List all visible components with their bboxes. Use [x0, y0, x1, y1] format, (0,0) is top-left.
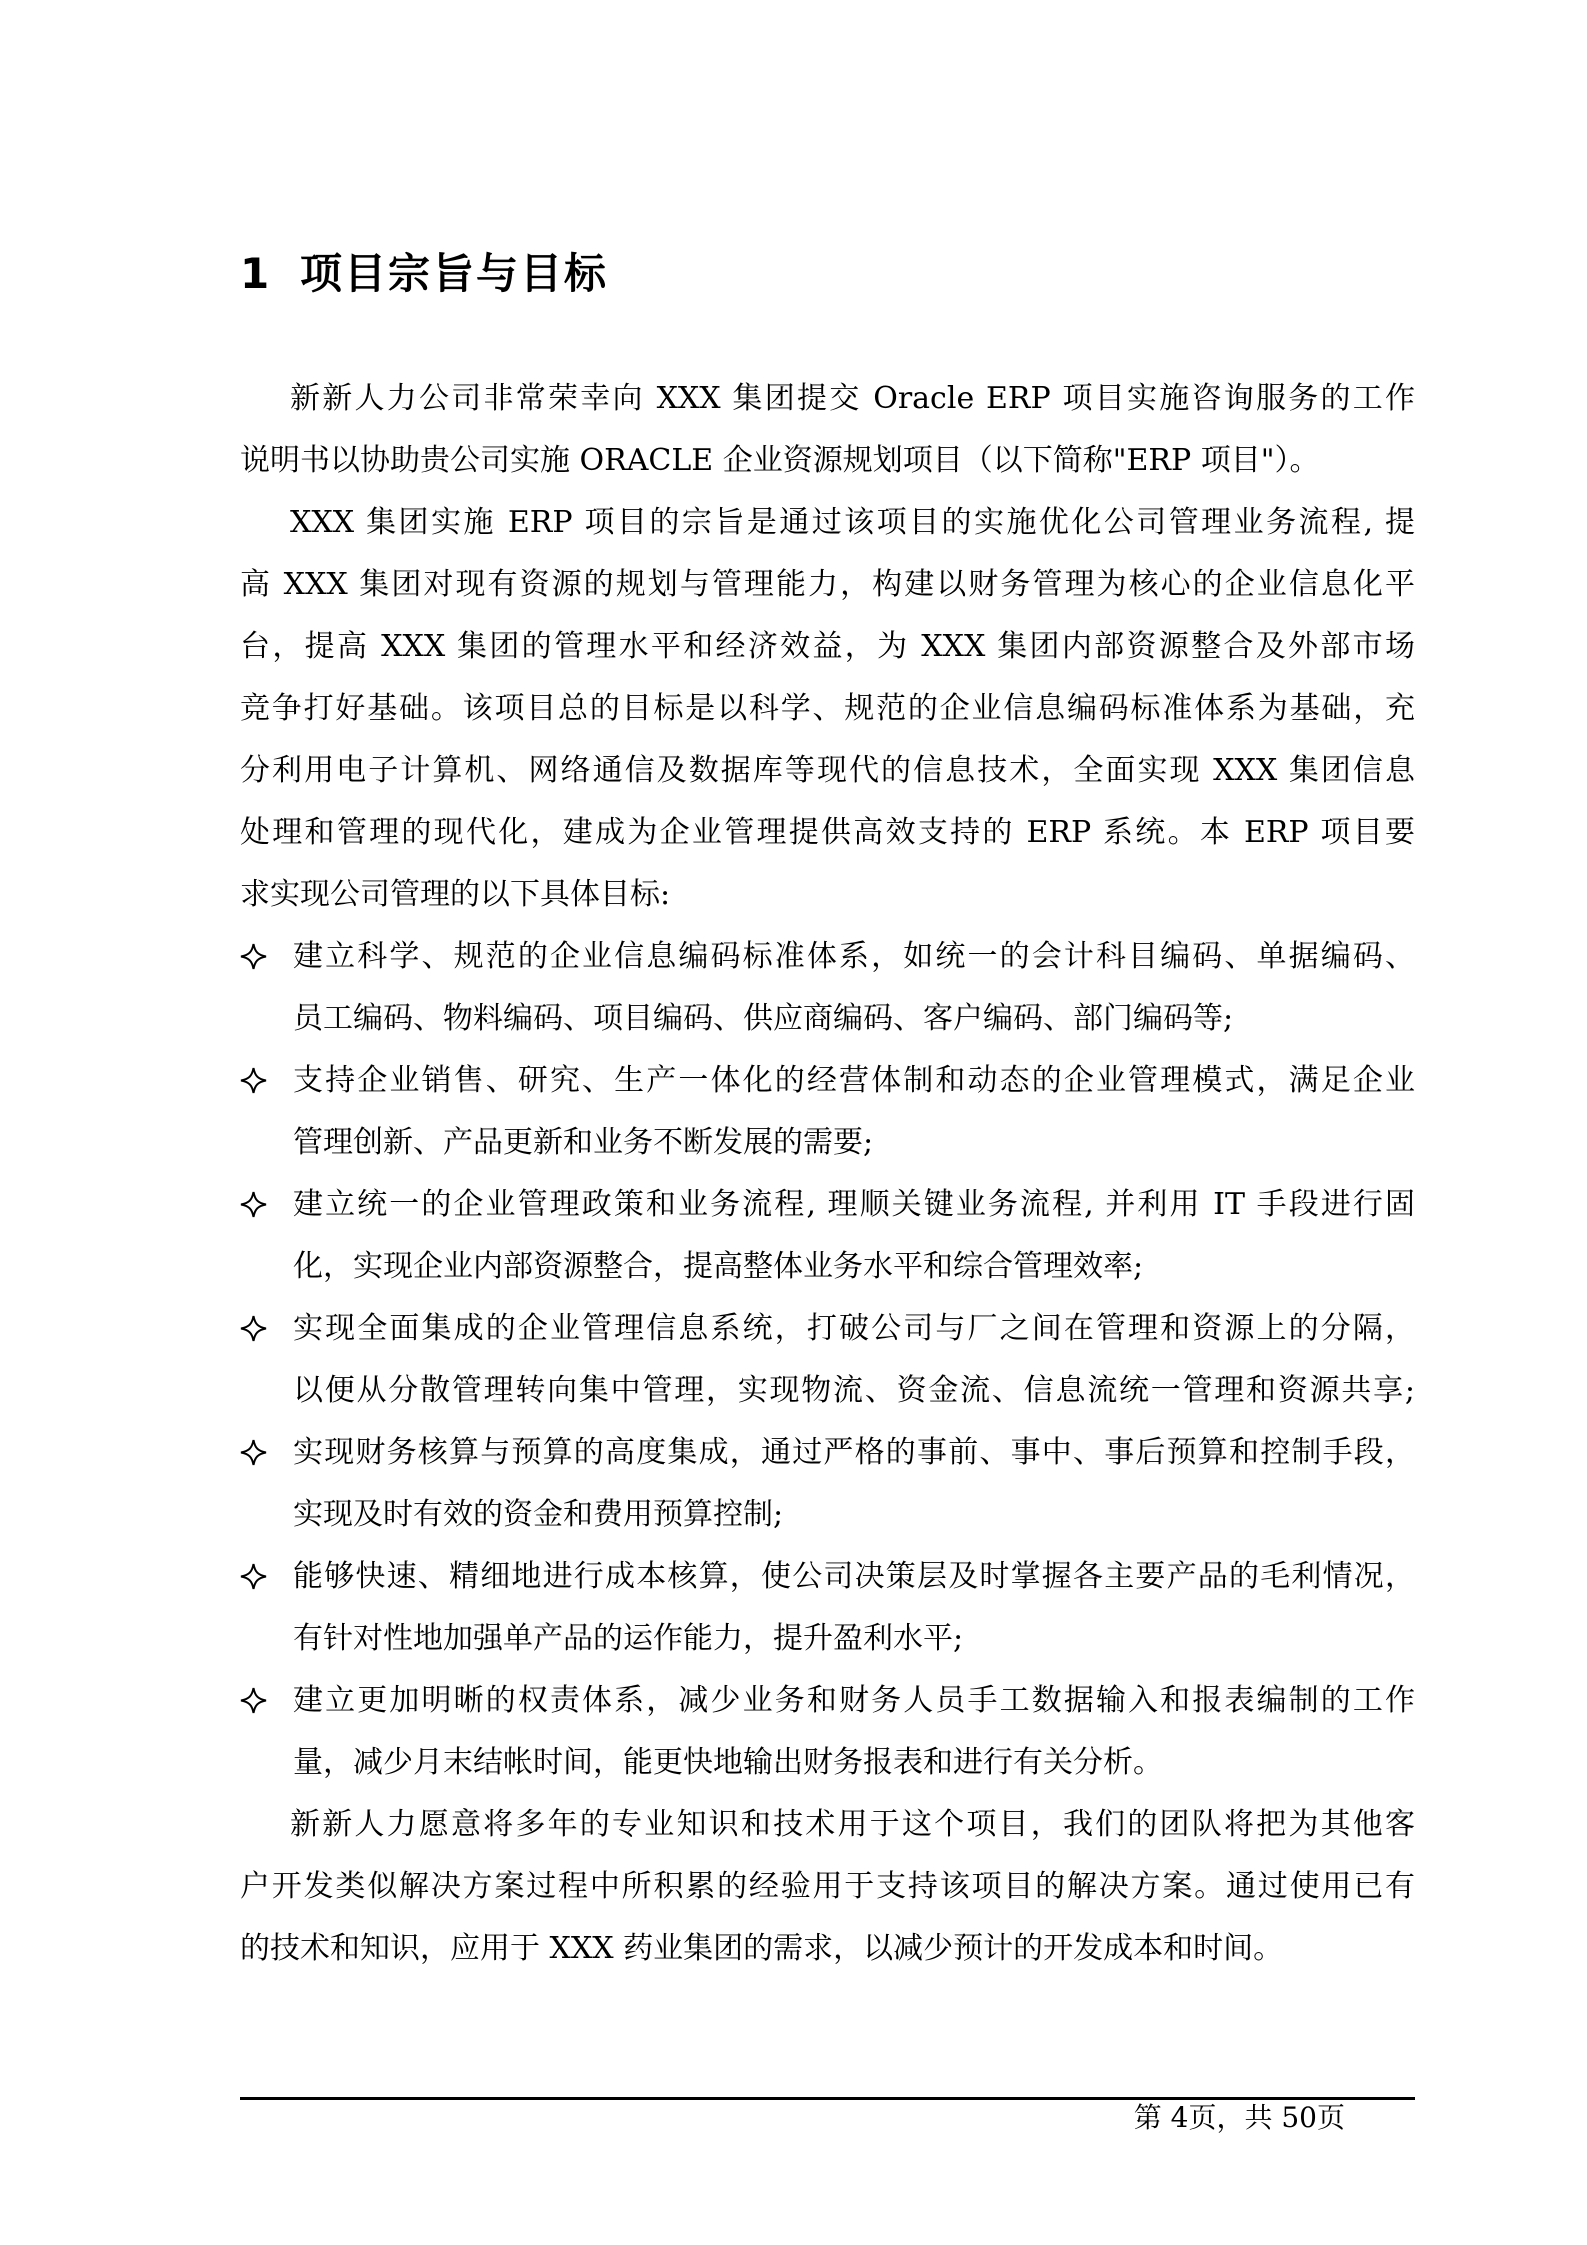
document-page: 1项目宗旨与目标 新新人力公司非常荣幸向 XXX 集团提交 Oracle ERP… — [0, 0, 1587, 2245]
paragraph-line: 竞争打好基础。该项目总的目标是以科学、规范的企业信息编码标准体系为基础，充 — [240, 678, 1415, 740]
diamond-bullet-icon — [240, 926, 293, 988]
bullet-item-line: 实现全面集成的企业管理信息系统，打破公司与厂之间在管理和资源上的分隔， — [240, 1298, 1415, 1360]
bullet-cont-line: 有针对性地加强单产品的运作能力，提升盈利水平; — [240, 1608, 1415, 1670]
bullet-cont-line: 量，减少月末结帐时间，能更快地输出财务报表和进行有关分析。 — [240, 1732, 1415, 1794]
diamond-bullet-icon — [240, 1174, 293, 1236]
section-heading: 1项目宗旨与目标 — [240, 248, 608, 300]
section-title: 项目宗旨与目标 — [300, 249, 608, 298]
bullet-cont-line: 管理创新、产品更新和业务不断发展的需要; — [240, 1112, 1415, 1174]
paragraph-line: 求实现公司管理的以下具体目标: — [240, 864, 1415, 926]
bullet-cont-line: 实现及时有效的资金和费用预算控制; — [240, 1484, 1415, 1546]
paragraph-line: 台，提高 XXX 集团的管理水平和经济效益，为 XXX 集团内部资源整合及外部市… — [240, 616, 1415, 678]
bullet-text: 建立统一的企业管理政策和业务流程, 理顺关键业务流程, 并利用 IT 手段进行固 — [293, 1187, 1415, 1222]
paragraph-line: 处理和管理的现代化，建成为企业管理提供高效支持的 ERP 系统。本 ERP 项目… — [240, 802, 1415, 864]
bullet-item-line: 建立科学、规范的企业信息编码标准体系，如统一的会计科目编码、单据编码、 — [240, 926, 1415, 988]
diamond-bullet-icon — [240, 1546, 293, 1608]
section-number: 1 — [240, 248, 300, 300]
bullet-text: 建立更加明晰的权责体系，减少业务和财务人员手工数据输入和报表编制的工作 — [293, 1683, 1415, 1718]
bullet-item-line: 建立更加明晰的权责体系，减少业务和财务人员手工数据输入和报表编制的工作 — [240, 1670, 1415, 1732]
paragraph-line: 说明书以协助贵公司实施 ORACLE 企业资源规划项目（以下简称"ERP 项目"… — [240, 430, 1415, 492]
paragraph-line: 分利用电子计算机、网络通信及数据库等现代的信息技术，全面实现 XXX 集团信息 — [240, 740, 1415, 802]
bullet-cont-line: 以便从分散管理转向集中管理，实现物流、资金流、信息流统一管理和资源共享; — [240, 1360, 1415, 1422]
page-number: 第 4页，共 50页 — [240, 2101, 1345, 2135]
paragraph-line: 新新人力公司非常荣幸向 XXX 集团提交 Oracle ERP 项目实施咨询服务… — [240, 368, 1415, 430]
diamond-bullet-icon — [240, 1298, 293, 1360]
document-body: 新新人力公司非常荣幸向 XXX 集团提交 Oracle ERP 项目实施咨询服务… — [240, 368, 1415, 1980]
paragraph-line: 高 XXX 集团对现有资源的规划与管理能力，构建以财务管理为核心的企业信息化平 — [240, 554, 1415, 616]
bullet-cont-line: 化，实现企业内部资源整合，提高整体业务水平和综合管理效率; — [240, 1236, 1415, 1298]
bullet-text: 实现全面集成的企业管理信息系统，打破公司与厂之间在管理和资源上的分隔， — [293, 1311, 1415, 1346]
bullet-text: 支持企业销售、研究、生产一体化的经营体制和动态的企业管理模式，满足企业 — [293, 1063, 1415, 1098]
footer-divider — [240, 2097, 1415, 2100]
bullet-item-line: 能够快速、精细地进行成本核算，使公司决策层及时掌握各主要产品的毛利情况， — [240, 1546, 1415, 1608]
bullet-text: 实现财务核算与预算的高度集成，通过严格的事前、事中、事后预算和控制手段， — [293, 1435, 1415, 1470]
bullet-text: 能够快速、精细地进行成本核算，使公司决策层及时掌握各主要产品的毛利情况， — [293, 1559, 1415, 1594]
bullet-cont-line: 员工编码、物料编码、项目编码、供应商编码、客户编码、部门编码等; — [240, 988, 1415, 1050]
bullet-item-line: 实现财务核算与预算的高度集成，通过严格的事前、事中、事后预算和控制手段， — [240, 1422, 1415, 1484]
paragraph-line: 新新人力愿意将多年的专业知识和技术用于这个项目，我们的团队将把为其他客 — [240, 1794, 1415, 1856]
diamond-bullet-icon — [240, 1050, 293, 1112]
bullet-item-line: 支持企业销售、研究、生产一体化的经营体制和动态的企业管理模式，满足企业 — [240, 1050, 1415, 1112]
paragraph-line: 的技术和知识，应用于 XXX 药业集团的需求，以减少预计的开发成本和时间。 — [240, 1918, 1415, 1980]
bullet-text: 建立科学、规范的企业信息编码标准体系，如统一的会计科目编码、单据编码、 — [293, 939, 1415, 974]
diamond-bullet-icon — [240, 1422, 293, 1484]
bullet-item-line: 建立统一的企业管理政策和业务流程, 理顺关键业务流程, 并利用 IT 手段进行固 — [240, 1174, 1415, 1236]
paragraph-line: 户开发类似解决方案过程中所积累的经验用于支持该项目的解决方案。通过使用已有 — [240, 1856, 1415, 1918]
paragraph-line: XXX 集团实施 ERP 项目的宗旨是通过该项目的实施优化公司管理业务流程, 提 — [240, 492, 1415, 554]
diamond-bullet-icon — [240, 1670, 293, 1732]
